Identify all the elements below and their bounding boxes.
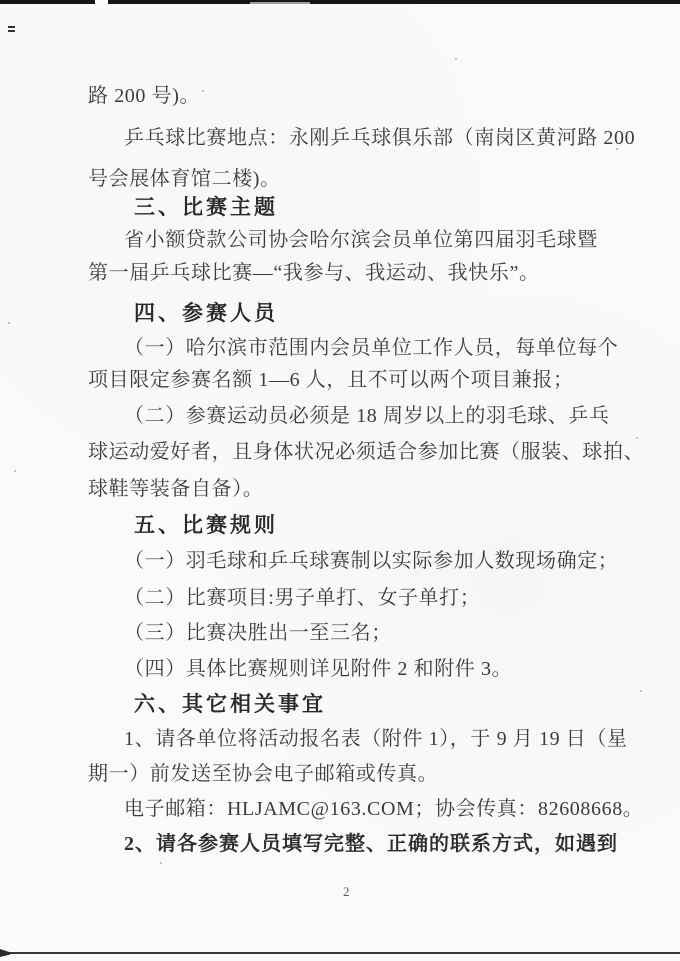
doc-line: 球鞋等装备自备）。 [88,477,263,501]
scanned-document-page: 路 200 号)。 乒乓球比赛地点：永刚乒乓球俱乐部（南岗区黄河路 200 号会… [0,0,680,961]
scan-bottom-notch-artifact [0,949,10,957]
doc-line: 第一届乒乓球比赛—“我参与、我运动、我快乐”。 [88,261,540,285]
scan-speck [640,690,642,692]
scan-speck [8,322,10,324]
doc-line: 2、请各参赛人员填写完整、正确的联系方式，如遇到 [124,832,618,856]
section-heading-3: 三、比赛主题 [134,196,278,220]
doc-line: 1、请各单位将活动报名表（附件 1），于 9 月 19 日（星 [124,727,628,751]
section-heading-6: 六、其它相关事宜 [134,693,326,717]
doc-line: （二）比赛项目:男子单打、女子单打； [124,586,480,610]
doc-line: 号会展体育馆二楼)。 [88,167,281,191]
doc-line: 省小额贷款公司协会哈尔滨会员单位第四届羽毛球暨 [124,228,598,252]
doc-line: 项目限定参赛名额 1—6 人，且不可以两个项目兼报； [88,368,574,392]
doc-line: 路 200 号)。 [88,84,200,108]
scan-speck [14,470,16,472]
scan-top-edge-gap [95,0,108,4]
doc-line: 乒乓球比赛地点：永刚乒乓球俱乐部（南岗区黄河路 200 [124,126,635,150]
doc-line-contact: 电子邮箱：HLJAMC@163.COM；协会传真：82608668。 [124,797,643,821]
scan-speck [160,862,162,864]
page-number: 2 [343,884,350,900]
section-heading-5: 五、比赛规则 [134,514,278,538]
doc-line: （一）哈尔滨市范围内会员单位工作人员，每单位每个 [124,336,618,360]
doc-line: 期一）前发送至协会电子邮箱或传真。 [88,762,438,786]
doc-line: 球运动爱好者，且身体状况必须适合参加比赛（服装、球拍、 [88,440,644,464]
scan-speck [636,437,638,439]
scan-bottom-edge-artifact [0,952,680,954]
scan-speck [8,26,15,28]
doc-line: （三）比赛决胜出一至三名； [124,621,392,645]
scan-speck [455,58,457,60]
doc-line: （一）羽毛球和乒乓球赛制以实际参加人数现场确定； [124,549,618,573]
scan-speck [202,90,204,92]
scan-top-edge-gap [250,2,310,4]
section-heading-4: 四、参赛人员 [134,302,278,326]
doc-line: （二）参赛运动员必须是 18 周岁以上的羽毛球、乒乓 [124,404,610,428]
doc-line: （四）具体比赛规则详见附件 2 和附件 3。 [124,657,512,681]
